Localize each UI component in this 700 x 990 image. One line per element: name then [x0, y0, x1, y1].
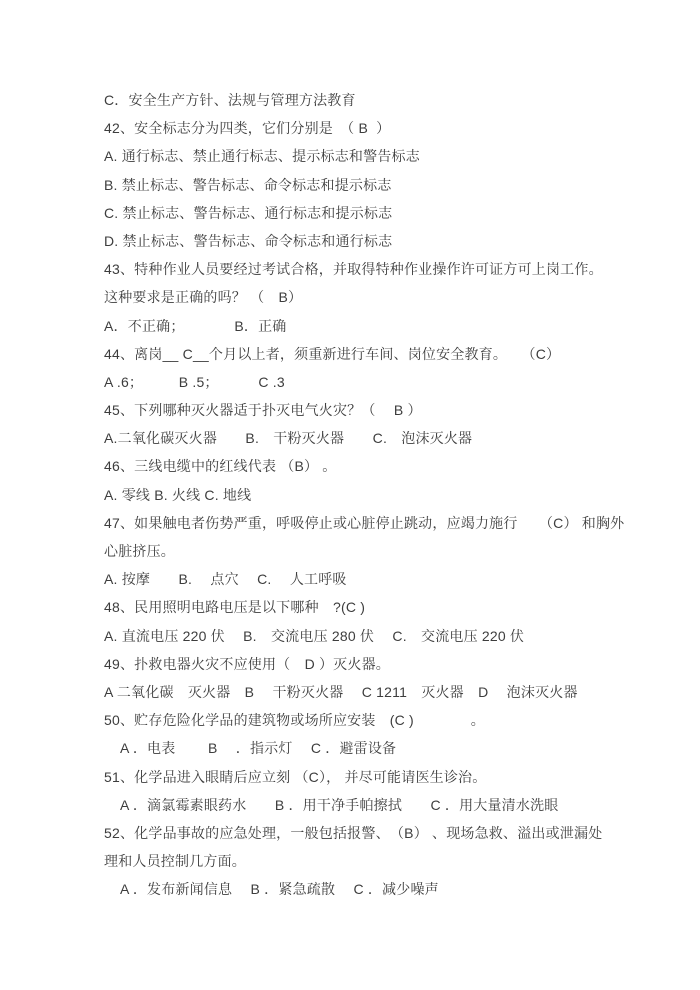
document-line: 理和人员控制几方面。: [104, 847, 614, 875]
document-line: 48、民用照明电路电压是以下哪种 ?(C ): [104, 593, 614, 621]
document-line: B. 禁止标志、警告标志、命令标志和提示标志: [104, 171, 614, 199]
document-line: C．安全生产方针、法规与管理方法教育: [104, 86, 614, 114]
document-line: 42、安全标志分为四类，它们分别是 （ B ）: [104, 114, 614, 142]
document-line: 49、扑救电器火灾不应使用（ D ）灭火器。: [104, 650, 614, 678]
document-line: A ．电表 B ．指示灯 C ．避雷设备: [104, 734, 614, 762]
document-line: 44、离岗__ C__个月以上者，须重新进行车间、岗位安全教育。 （C）: [104, 340, 614, 368]
document-line: 心脏挤压。: [104, 537, 614, 565]
document-line: 50、贮存危险化学品的建筑物或场所应安装 (C ) 。: [104, 706, 614, 734]
document-line: 这种要求是正确的吗？ （ B）: [104, 283, 614, 311]
document-line: A. 按摩 B. 点穴 C. 人工呼吸: [104, 565, 614, 593]
document-page: C．安全生产方针、法规与管理方法教育42、安全标志分为四类，它们分别是 （ B …: [0, 0, 700, 990]
document-line: 45、下列哪种灭火器适于扑灭电气火灾？（ B ）: [104, 396, 614, 424]
document-line: A 二氧化碳 灭火器 B 干粉灭火器 C 1211 灭火器 D 泡沫灭火器: [104, 678, 614, 706]
document-line: 47、如果触电者伤势严重，呼吸停止或心脏停止跳动，应竭力施行 （C） 和胸外: [104, 509, 614, 537]
document-line: A ．发布新闻信息 B ．紧急疏散 C ．减少噪声: [104, 875, 614, 903]
document-line: A .6； B .5； C .3: [104, 368, 614, 396]
document-text-block: C．安全生产方针、法规与管理方法教育42、安全标志分为四类，它们分别是 （ B …: [104, 86, 614, 903]
document-line: C. 禁止标志、警告标志、通行标志和提示标志: [104, 199, 614, 227]
document-line: 51、化学品进入眼睛后应立刻 （C）， 并尽可能请医生诊治。: [104, 763, 614, 791]
document-line: A.二氧化碳灭火器 B. 干粉灭火器 C. 泡沫灭火器: [104, 424, 614, 452]
document-line: A ．滴氯霉素眼药水 B ．用干净手帕擦拭 C ．用大量清水洗眼: [104, 791, 614, 819]
document-line: D. 禁止标志、警告标志、命令标志和通行标志: [104, 227, 614, 255]
document-line: 46、三线电缆中的红线代表 （B） 。: [104, 452, 614, 480]
document-line: A. 通行标志、禁止通行标志、提示标志和警告标志: [104, 142, 614, 170]
document-line: A. 零线 B. 火线 C. 地线: [104, 481, 614, 509]
document-line: 43、特种作业人员要经过考试合格，并取得特种作业操作许可证方可上岗工作。: [104, 255, 614, 283]
document-line: 52、化学品事故的应急处理，一般包括报警、 （B） 、现场急救、溢出或泄漏处: [104, 819, 614, 847]
document-line: A．不正确； B．正确: [104, 312, 614, 340]
document-line: A. 直流电压 220 伏 B. 交流电压 280 伏 C. 交流电压 220 …: [104, 622, 614, 650]
